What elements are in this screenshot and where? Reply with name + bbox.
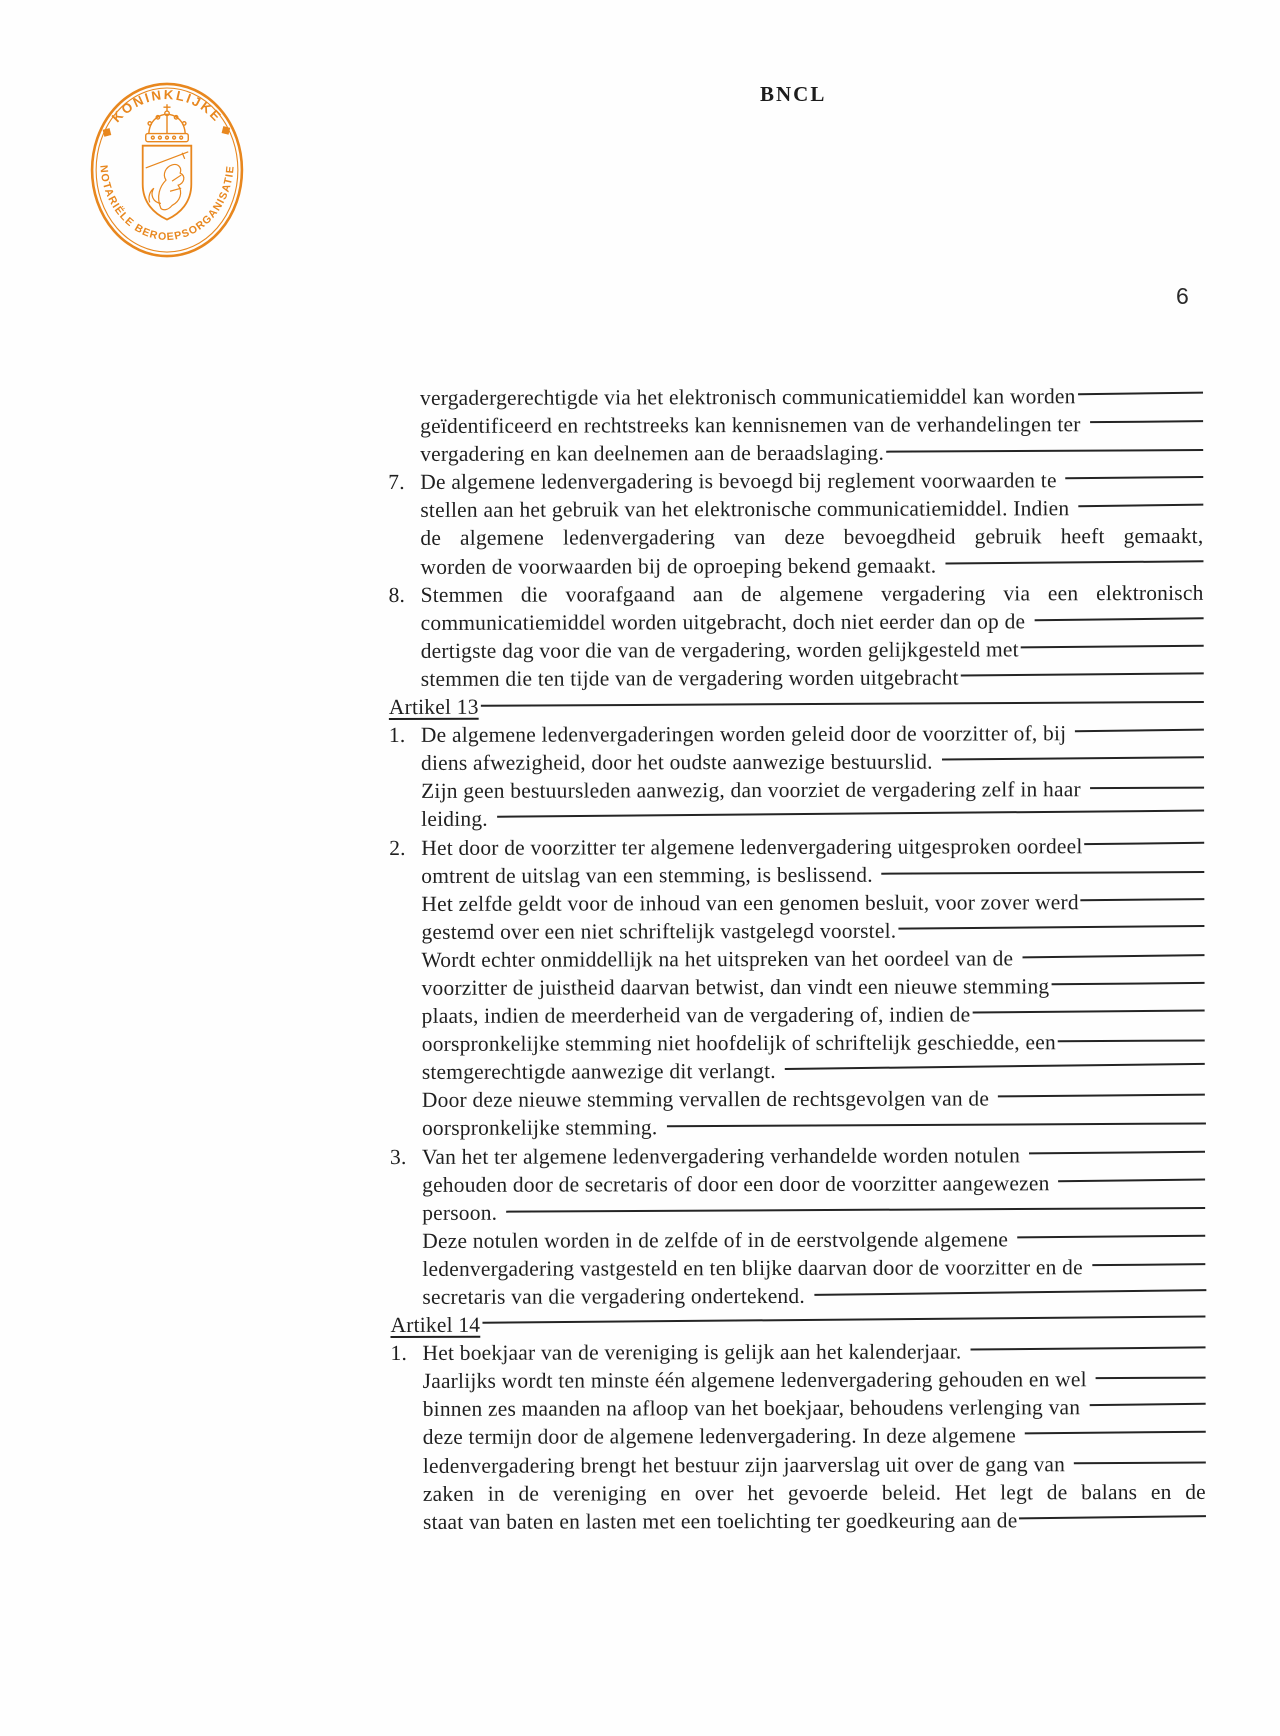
- line-text: stemgerechtigde aanwezige dit verlangt.: [422, 1057, 776, 1086]
- numbered-item-line: 1.De algemene ledenvergaderingen worden …: [389, 719, 1204, 749]
- fill-line: [1034, 617, 1203, 621]
- text-line: gehouden door de secretaris of door een …: [390, 1168, 1205, 1198]
- line-text: Het boekjaar van de vereniging is gelijk…: [423, 1338, 962, 1368]
- line-text: staat van baten en lasten met een toelic…: [423, 1506, 1018, 1536]
- line-text: vergadering en kan deelnemen aan de bera…: [420, 439, 884, 468]
- fill-line: [998, 1094, 1205, 1098]
- text-line: oorspronkelijke stemming.: [390, 1112, 1205, 1142]
- scanned-document-page: ◆ KONINKLIJKE ◆ NOTARIËLE BEROEPSORGANIS…: [0, 0, 1280, 1736]
- line-text: de algemene ledenvergadering van deze be…: [420, 522, 1203, 552]
- text-line: geïdentificeerd en rechtstreeks kan kenn…: [388, 410, 1203, 440]
- fill-line: [1090, 420, 1203, 423]
- document-lines: vergadergerechtigde via het elektronisch…: [388, 382, 1206, 1536]
- line-text: zaken in de vereniging en over het gevoe…: [423, 1478, 1206, 1508]
- fill-line: [785, 1063, 1205, 1070]
- fill-line: [666, 1123, 1205, 1128]
- line-text: De algemene ledenvergaderingen worden ge…: [421, 719, 1066, 749]
- page-number: 6: [1176, 283, 1189, 310]
- line-text: diens afwezigheid, door het oudste aanwe…: [421, 748, 933, 777]
- text-line: zaken in de vereniging en over het gevoe…: [391, 1478, 1206, 1508]
- line-text: worden de voorwaarden bij de oproeping b…: [420, 551, 936, 580]
- text-line: Jaarlijks wordt ten minste één algemene …: [391, 1365, 1206, 1395]
- text-line: stellen aan het gebruik van het elektron…: [388, 494, 1203, 524]
- text-line: voorzitter de juistheid daarvan betwist,…: [390, 972, 1205, 1002]
- text-line: plaats, indien de meerderheid van de ver…: [390, 1000, 1205, 1030]
- fill-line: [1075, 729, 1204, 733]
- fill-line: [1019, 1515, 1206, 1519]
- text-line: gestemd over een niet schriftelijk vastg…: [389, 916, 1204, 946]
- fill-line: [482, 1316, 1205, 1324]
- line-text: deze termijn door de algemene ledenverga…: [423, 1422, 1016, 1452]
- line-text: Het door de voorzitter ter algemene lede…: [421, 832, 1082, 862]
- text-line: stemmen die ten tijde van de vergadering…: [389, 663, 1204, 693]
- fill-line: [1089, 1403, 1206, 1406]
- article-heading-line: Artikel 13: [389, 691, 1204, 721]
- line-text: gestemd over een niet schriftelijk vastg…: [421, 916, 896, 945]
- line-text: oorspronkelijke stemming niet hoofdelijk…: [422, 1028, 1056, 1058]
- item-number: 3.: [390, 1142, 422, 1170]
- fill-line: [1025, 1431, 1206, 1435]
- line-text: gehouden door de secretaris of door een …: [422, 1169, 1050, 1199]
- fill-line: [1029, 1150, 1205, 1154]
- line-text: Wordt echter onmiddellijk na het uitspre…: [421, 944, 1013, 974]
- fill-line: [1058, 1040, 1205, 1043]
- fill-line: [1085, 841, 1205, 844]
- numbered-item-line: 3.Van het ter algemene ledenvergadering …: [390, 1140, 1205, 1170]
- fill-line: [497, 810, 1204, 818]
- fill-line: [1022, 954, 1204, 958]
- fill-line: [972, 1010, 1204, 1014]
- fill-line: [1078, 392, 1203, 396]
- item-number: 2.: [389, 833, 421, 861]
- fill-line: [1051, 982, 1204, 985]
- seal-bottom-text: NOTARIËLE BEROEPSORGANISATIE: [97, 165, 237, 244]
- line-text: Stemmen die voorafgaand aan de algemene …: [421, 579, 1204, 609]
- line-text: Door deze nieuwe stemming vervallen de r…: [422, 1085, 989, 1115]
- line-text: oorspronkelijke stemming.: [422, 1114, 658, 1143]
- line-text: stemmen die ten tijde van de vergadering…: [421, 663, 959, 693]
- fill-line: [945, 560, 1203, 564]
- fill-line: [814, 1289, 1205, 1296]
- fill-line: [942, 756, 1204, 760]
- fill-line: [1017, 1235, 1205, 1239]
- line-text: Het zelfde geldt voor de inhoud van een …: [421, 888, 1078, 918]
- fill-line: [1066, 476, 1204, 479]
- text-line: ledenvergadering brengt het bestuur zijn…: [391, 1449, 1206, 1479]
- fill-line: [1078, 504, 1203, 508]
- text-line: oorspronkelijke stemming niet hoofdelijk…: [390, 1028, 1205, 1058]
- fill-line: [1090, 787, 1204, 790]
- text-line: Deze notulen worden in de zelfde of in d…: [390, 1225, 1205, 1255]
- item-number: 8.: [389, 581, 421, 609]
- text-line: vergadering en kan deelnemen aan de bera…: [388, 438, 1203, 468]
- text-line: Zijn geen bestuursleden aanwezig, dan vo…: [389, 775, 1204, 805]
- line-text: Deze notulen worden in de zelfde of in d…: [422, 1225, 1008, 1255]
- fill-line: [886, 449, 1203, 453]
- item-number: 7.: [388, 468, 420, 496]
- text-line: worden de voorwaarden bij de oproeping b…: [388, 550, 1203, 580]
- line-text: plaats, indien de meerderheid van de ver…: [422, 1001, 971, 1031]
- item-number: 1.: [391, 1339, 423, 1367]
- line-text: persoon.: [422, 1198, 497, 1226]
- fill-line: [961, 672, 1204, 676]
- fill-line: [1021, 645, 1204, 649]
- line-text: binnen zes maanden na afloop van het boe…: [423, 1394, 1081, 1424]
- line-text: ledenvergadering vastgesteld en ten blij…: [422, 1253, 1083, 1283]
- numbered-item-line: 8.Stemmen die voorafgaand aan de algemen…: [389, 579, 1204, 609]
- line-text: dertigste dag voor die van de vergaderin…: [421, 635, 1019, 665]
- text-line: Door deze nieuwe stemming vervallen de r…: [390, 1084, 1205, 1114]
- crown-icon: [146, 104, 189, 141]
- text-line: dertigste dag voor die van de vergaderin…: [389, 635, 1204, 665]
- text-line: stemgerechtigde aanwezige dit verlangt.: [390, 1056, 1205, 1086]
- line-text: secretaris van die vergadering onderteke…: [422, 1282, 805, 1311]
- fill-line: [506, 1207, 1205, 1213]
- text-line: persoon.: [390, 1197, 1205, 1227]
- text-line: Het zelfde geldt voor de inhoud van een …: [389, 888, 1204, 918]
- fill-line: [898, 925, 1204, 930]
- line-text: voorzitter de juistheid daarvan betwist,…: [422, 972, 1050, 1002]
- fill-line: [970, 1347, 1205, 1351]
- line-text: geïdentificeerd en rechtstreeks kan kenn…: [420, 410, 1081, 440]
- line-text: omtrent de uitslag van een stemming, is …: [421, 860, 873, 889]
- text-line: leiding.: [389, 803, 1204, 833]
- fill-line: [1096, 1377, 1206, 1380]
- text-line: vergadergerechtigde via het elektronisch…: [388, 382, 1203, 412]
- knb-seal-logo: ◆ KONINKLIJKE ◆ NOTARIËLE BEROEPSORGANIS…: [86, 80, 248, 260]
- line-text: Zijn geen bestuursleden aanwezig, dan vo…: [421, 776, 1081, 806]
- text-line: secretaris van die vergadering onderteke…: [390, 1281, 1205, 1311]
- fill-line: [1092, 1263, 1205, 1266]
- fill-line: [481, 701, 1204, 707]
- text-line: deze termijn door de algemene ledenverga…: [391, 1421, 1206, 1451]
- text-line: de algemene ledenvergadering van deze be…: [388, 522, 1203, 552]
- article-heading-line: Artikel 14: [390, 1309, 1205, 1339]
- line-text: ledenvergadering brengt het bestuur zijn…: [423, 1450, 1065, 1480]
- text-line: Wordt echter onmiddellijk na het uitspre…: [389, 944, 1204, 974]
- text-line: staat van baten en lasten met een toelic…: [391, 1506, 1206, 1536]
- line-text: communicatiemiddel worden uitgebracht, d…: [421, 607, 1026, 637]
- article-heading: Artikel 13: [389, 693, 479, 721]
- item-number: 1.: [389, 721, 421, 749]
- shield-lion-icon: [143, 146, 192, 220]
- fill-line: [1059, 1178, 1206, 1182]
- text-line: binnen zes maanden na afloop van het boe…: [391, 1393, 1206, 1423]
- text-line: diens afwezigheid, door het oudste aanwe…: [389, 747, 1204, 777]
- line-text: stellen aan het gebruik van het elektron…: [420, 495, 1069, 525]
- text-line: ledenvergadering vastgesteld en ten blij…: [390, 1253, 1205, 1283]
- numbered-item-line: 1.Het boekjaar van de vereniging is geli…: [391, 1337, 1206, 1367]
- fill-line: [1081, 898, 1205, 901]
- article-heading: Artikel 14: [390, 1311, 480, 1339]
- fill-line: [882, 871, 1205, 875]
- line-text: vergadergerechtigde via het elektronisch…: [420, 382, 1076, 412]
- header-title: BNCL: [760, 82, 826, 107]
- line-text: Jaarlijks wordt ten minste één algemene …: [423, 1365, 1087, 1395]
- text-line: omtrent de uitslag van een stemming, is …: [389, 859, 1204, 889]
- line-text: De algemene ledenvergadering is bevoegd …: [420, 467, 1057, 497]
- line-text: leiding.: [421, 805, 488, 833]
- numbered-item-line: 7.De algemene ledenvergadering is bevoeg…: [388, 466, 1203, 496]
- line-text: Van het ter algemene ledenvergadering ve…: [422, 1141, 1020, 1171]
- fill-line: [1074, 1461, 1206, 1464]
- text-line: communicatiemiddel worden uitgebracht, d…: [389, 607, 1204, 637]
- numbered-item-line: 2.Het door de voorzitter ter algemene le…: [389, 831, 1204, 861]
